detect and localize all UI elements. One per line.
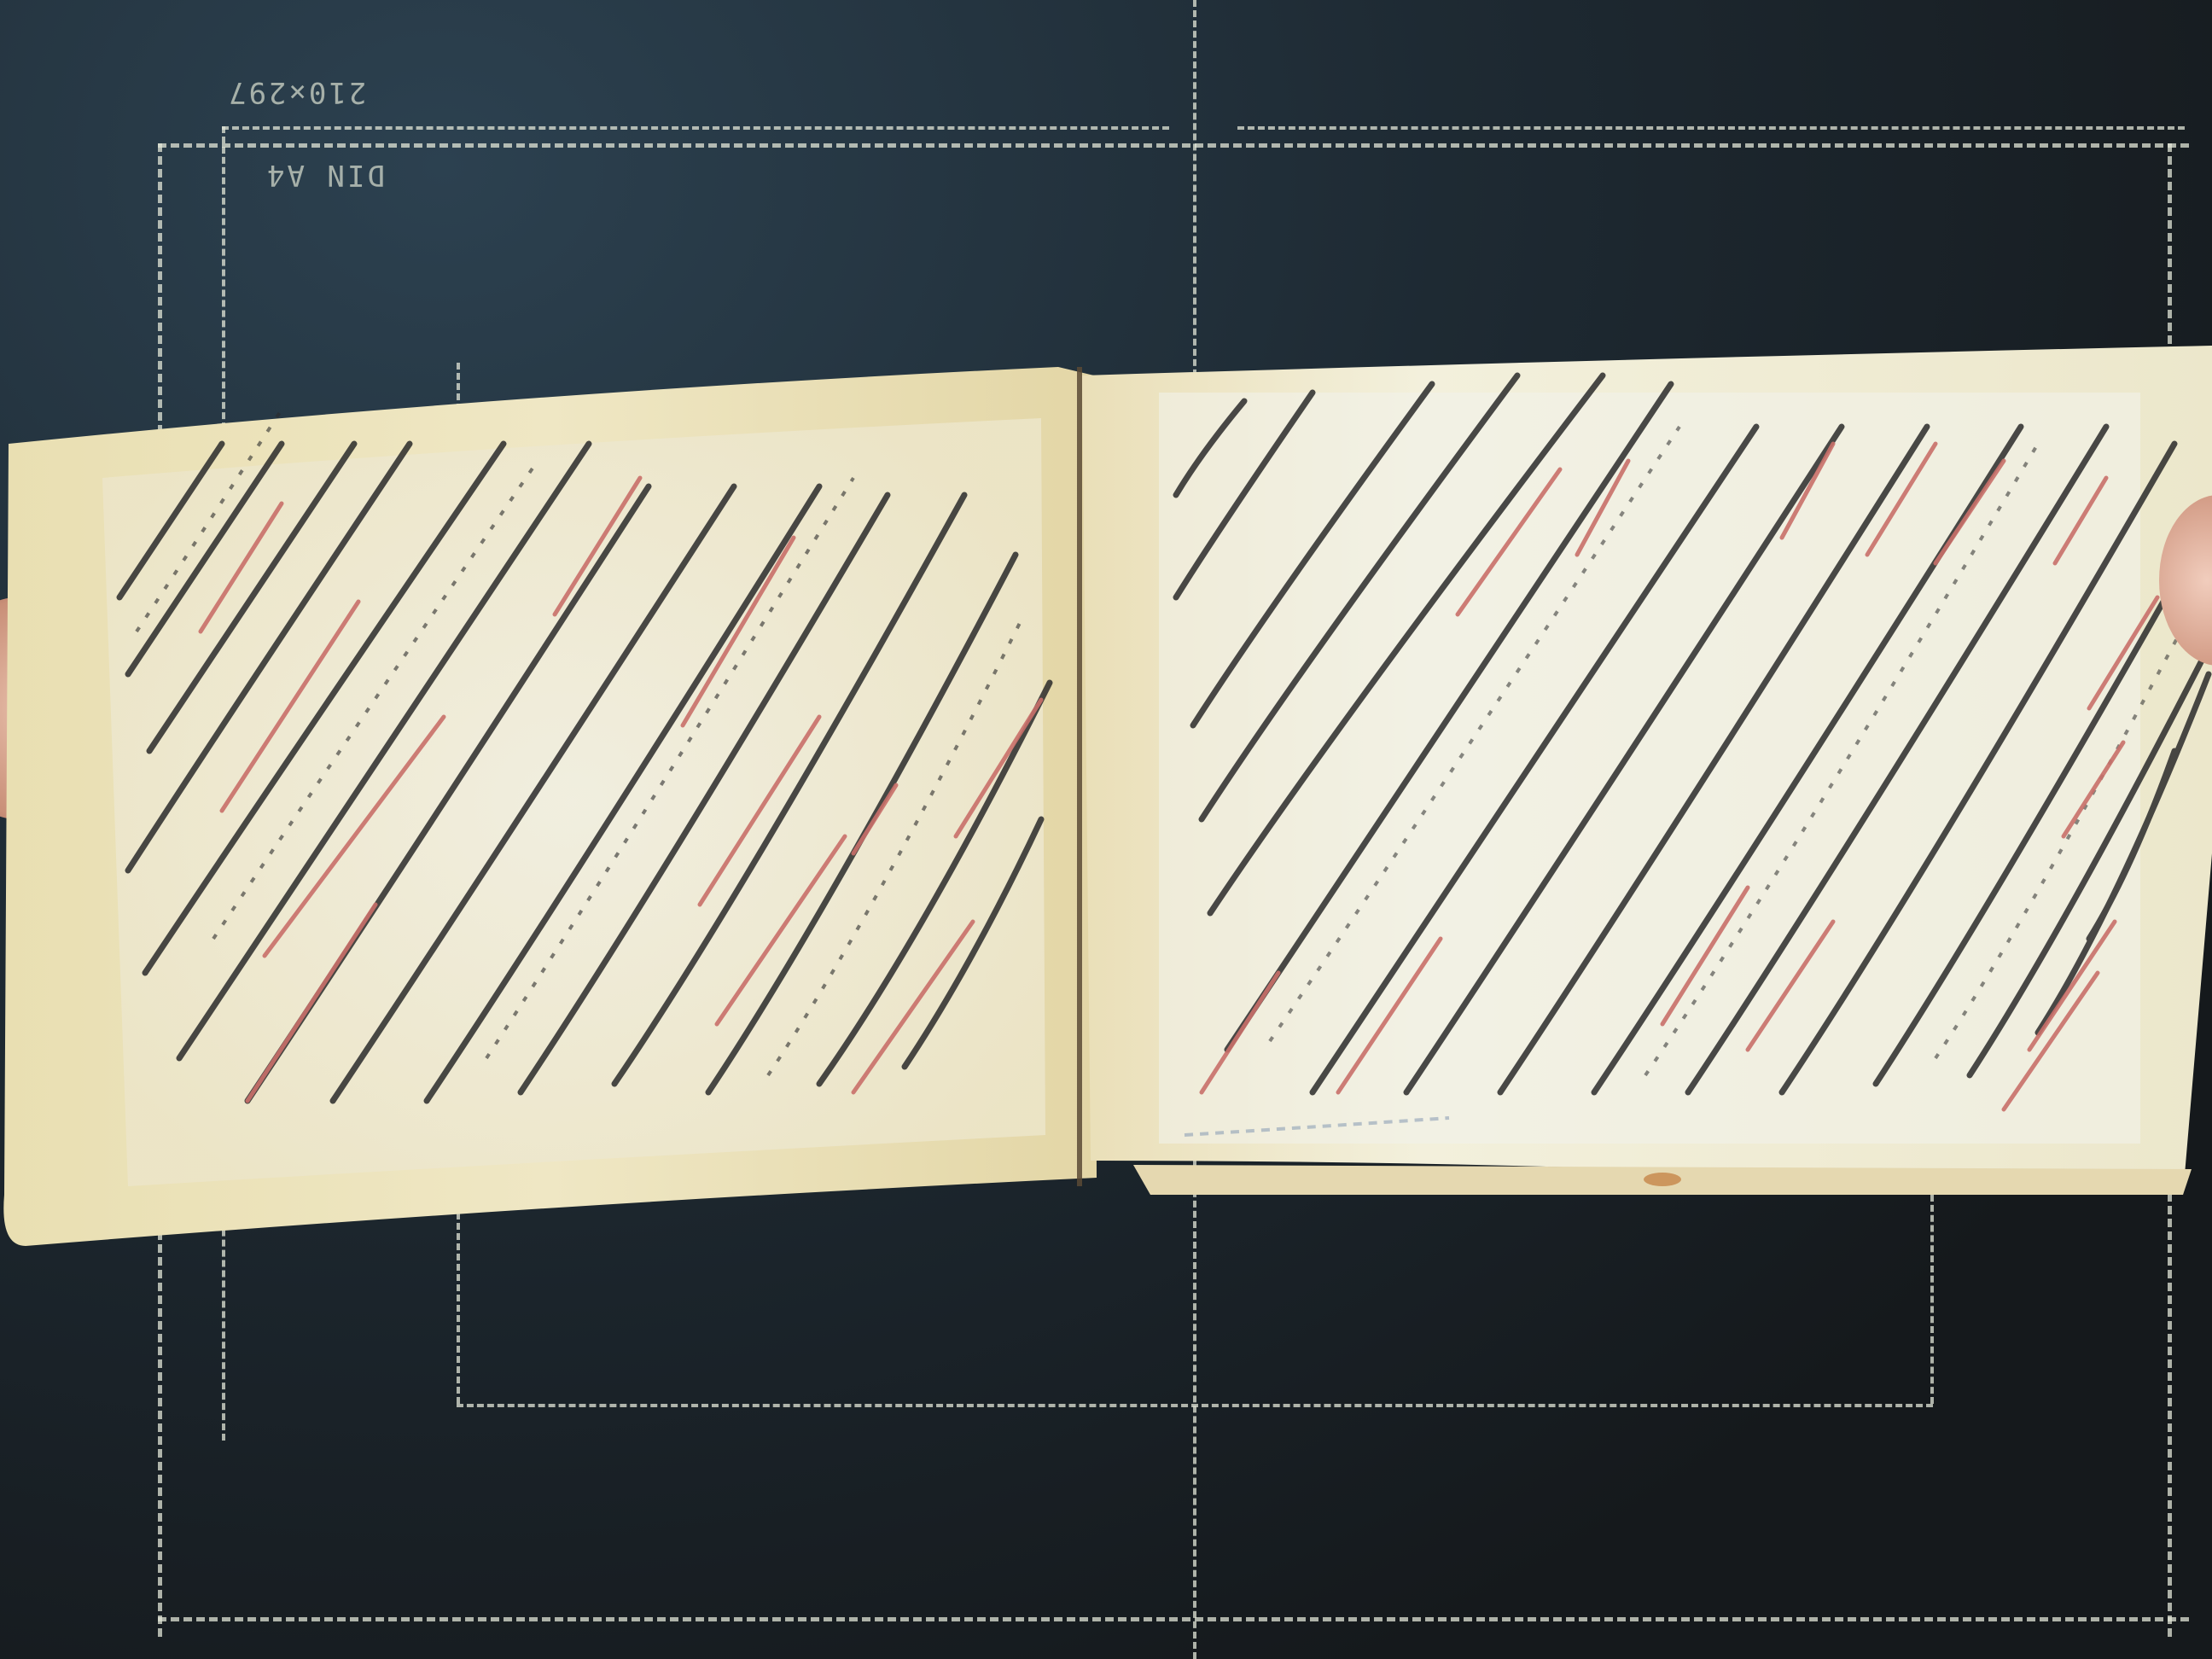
left-page — [0, 358, 1101, 1254]
mat-guide-inner-box-right — [1930, 1195, 1934, 1404]
mat-guide-top-outer — [158, 143, 2189, 148]
mat-guide-top-right — [1237, 126, 2185, 130]
mat-guide-inner-box-bottom — [457, 1404, 1933, 1407]
right-page — [1082, 341, 2212, 1203]
mat-guide-bottom-outer — [158, 1617, 2189, 1621]
mat-size-label: 210×297 — [226, 75, 366, 109]
mat-guide-top-inner — [222, 126, 1169, 130]
mat-format-label: DIN A4 — [265, 158, 385, 192]
photo-scene: 210×297 DIN A4 — [0, 0, 2212, 1659]
